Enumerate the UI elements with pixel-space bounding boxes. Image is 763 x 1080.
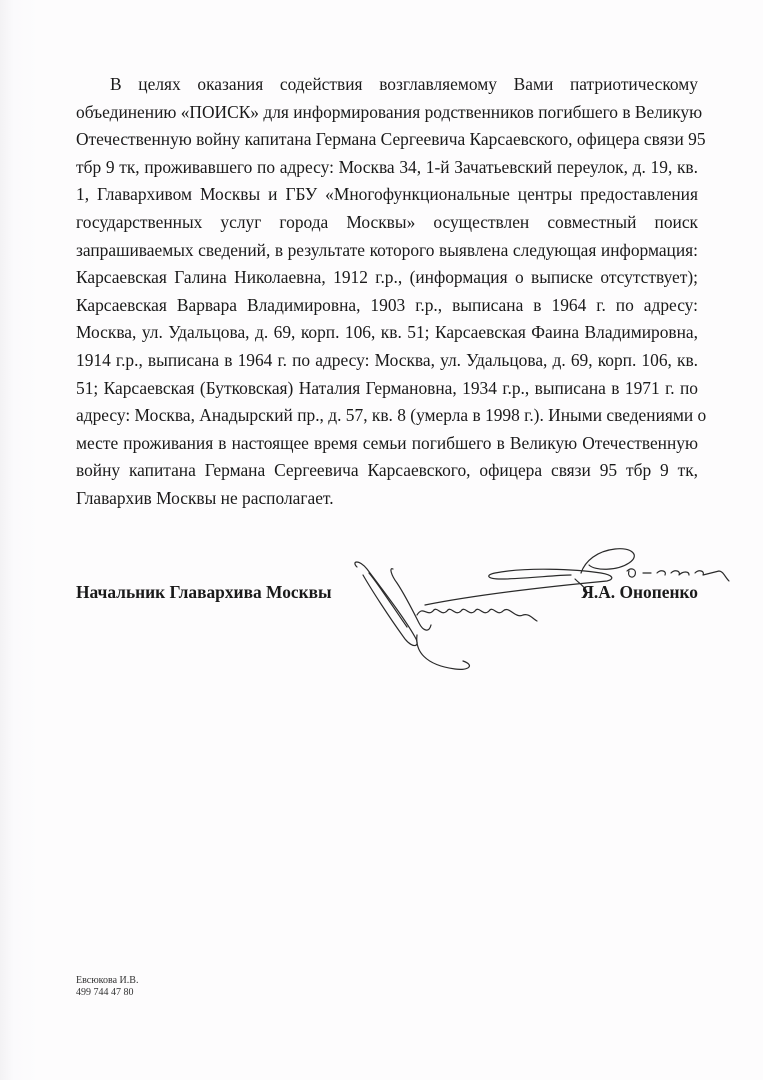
executor-phone: 499 744 47 80 [76,987,138,999]
signatory-title: Начальник Главархива Москвы [76,580,332,604]
body-line: тбр 9 тк, проживавшего по адресу: Москва… [76,154,698,182]
body-line: 1, Главархивом Москвы и ГБУ «Многофункци… [76,181,698,209]
body-line: В целях оказания содействия возглавляемо… [76,71,698,99]
body-line: Москва, ул. Удальцова, д. 69, корп. 106,… [76,319,698,347]
body-line: Главархив Москвы не располагает. [76,485,698,513]
body-line: объединению «ПОИСК» для информирования р… [76,99,698,127]
signature-block: Начальник Главархива Москвы Я.А. Онопенк… [76,580,698,610]
body-line: государственных услуг города Москвы» осу… [76,209,698,237]
body-line: адресу: Москва, Анадырский пр., д. 57, к… [76,402,698,430]
body-line: Карсаевская Галина Николаевна, 1912 г.р.… [76,264,698,292]
body-line: войну капитана Германа Сергеевича Карсае… [76,457,698,485]
executor-name: Евсюкова И.В. [76,975,138,987]
body-line: 51; Карсаевская (Бутковская) Наталия Гер… [76,375,698,403]
body-line: Карсаевская Варвара Владимировна, 1903 г… [76,292,698,320]
signatory-name: Я.А. Онопенко [581,580,698,604]
handwritten-signature-icon [345,545,735,675]
body-line: 1914 г.р., выписана в 1964 г. по адресу:… [76,347,698,375]
letter-body: В целях оказания содействия возглавляемо… [76,71,698,513]
executor-footer: Евсюкова И.В. 499 744 47 80 [76,975,138,999]
document-page: В целях оказания содействия возглавляемо… [0,0,763,1080]
body-line: запрашиваемых сведений, в результате кот… [76,237,698,265]
body-line: месте проживания в настоящее время семьи… [76,430,698,458]
body-line: Отечественную войну капитана Германа Сер… [76,126,698,154]
